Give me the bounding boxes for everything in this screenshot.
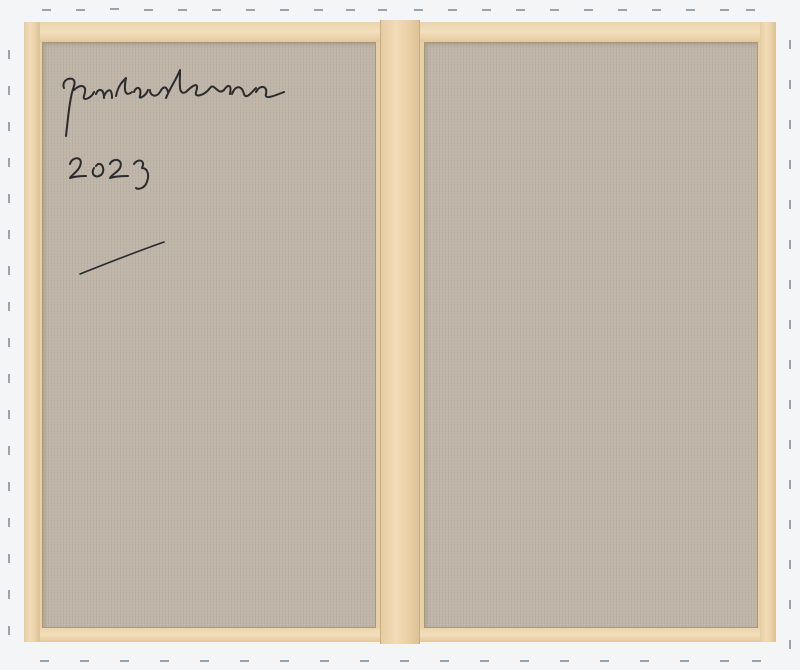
canvas-back-photo (0, 0, 800, 670)
diagonal-mark (80, 242, 164, 274)
handwritten-inscription (0, 0, 800, 670)
signature-strokes (63, 70, 284, 136)
year-strokes (70, 158, 148, 189)
